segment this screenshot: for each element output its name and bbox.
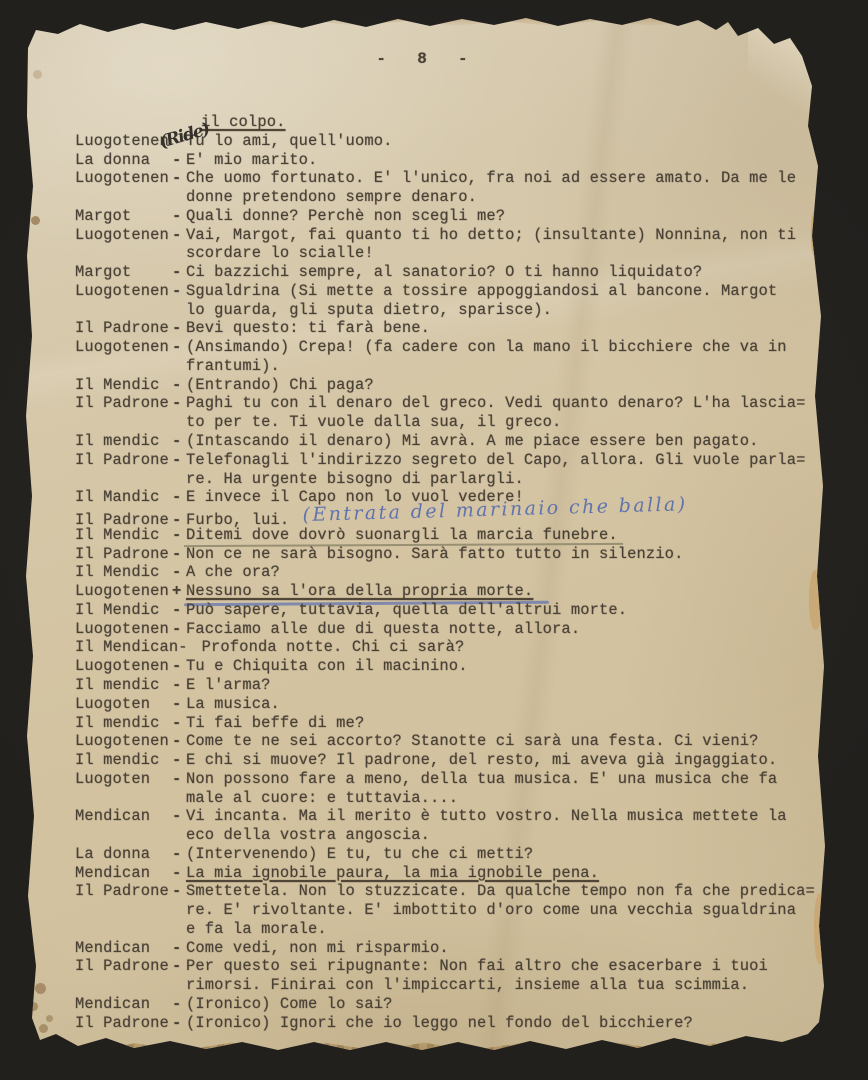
speaker-separator: - <box>172 732 186 750</box>
dialogue-text: e fa la morale. <box>186 920 327 938</box>
speaker-name: Il mendic <box>75 751 172 769</box>
script-line: donne pretendono sempre denaro. <box>75 188 816 207</box>
dialogue-text: Che uomo fortunato. E' l'unico, fra noi … <box>186 169 796 187</box>
dialogue-text: to per te. Ti vuole dalla sua, il greco. <box>186 413 561 431</box>
speaker-separator: - <box>172 545 186 563</box>
script-line: Luogotenen-Sgualdrina (Si mette a tossir… <box>75 282 816 301</box>
dialogue-text: (Intascando il denaro) Mi avrà. A me pia… <box>186 432 759 450</box>
script-body: il colpo.LuogotenenTu lo ami, quell'uomo… <box>75 113 816 1033</box>
script-line: Il Padrone-Paghi tu con il denaro del gr… <box>75 394 816 413</box>
speaker-name: Il Padrone <box>75 1014 172 1032</box>
speaker-separator: - <box>172 620 186 638</box>
speaker-name: Il mendic <box>75 432 172 450</box>
speaker-separator: - <box>172 864 186 882</box>
script-line: Mendican-Vi incanta. Ma il merito è tutt… <box>75 807 816 826</box>
speaker-separator: - <box>172 338 186 356</box>
script-line: Luogotenen-(Ansimando) Crepa! (fa cadere… <box>75 338 816 357</box>
speaker-separator: - <box>172 319 186 337</box>
speaker-name: Il mendic <box>75 714 172 732</box>
dialogue-text: Tu e Chiquita con il macinino. <box>186 657 468 675</box>
dialogue-text: Ti fai beffe di me? <box>186 714 364 732</box>
speaker-separator: - <box>172 169 186 187</box>
script-line: Il Padrone-Bevi questo: ti farà bene. <box>75 319 816 338</box>
script-line: Il mendic-E chi si muove? Il padrone, de… <box>75 751 816 770</box>
torn-edge-top <box>22 14 826 27</box>
speaker-name: Il Mandic <box>75 488 172 506</box>
speaker-name: Il Mendic <box>75 601 172 619</box>
speaker-name: Il Padrone <box>75 545 172 563</box>
speaker-separator: - <box>172 226 186 244</box>
speaker-separator: - <box>172 695 186 713</box>
torn-edge-bottom <box>22 1040 826 1062</box>
paper-stains <box>22 14 27 19</box>
speaker-separator: - <box>172 751 186 769</box>
script-line: Il Mendic-(Entrando) Chi paga? <box>75 376 816 395</box>
dialogue-text: (Ansimando) Crepa! (fa cadere con la man… <box>186 338 787 356</box>
script-line: Luogotenen-Vai, Margot, fai quanto ti ho… <box>75 226 816 245</box>
dialogue-text: Sgualdrina (Si mette a tossire appoggian… <box>186 282 777 300</box>
speaker-separator: - <box>172 432 186 450</box>
speaker-name: Il Padrone <box>75 957 172 975</box>
script-line: male al cuore: e tuttavia.... <box>75 789 816 808</box>
script-line: Il Padrone-Furbo, lui.(Entrata del marin… <box>75 507 816 526</box>
dialogue-text: Facciamo alle due di questa notte, allor… <box>186 620 580 638</box>
script-line: Mendican-(Ironico) Come lo sai? <box>75 995 816 1014</box>
script-line: Il mendic-(Intascando il denaro) Mi avrà… <box>75 432 816 451</box>
script-line: Il Mendic-A che ora? <box>75 563 816 582</box>
speaker-name: Il mendic <box>75 676 172 694</box>
script-line: frantumi). <box>75 357 816 376</box>
dialogue-text: Come vedi, non mi risparmio. <box>186 939 449 957</box>
speaker-separator: - <box>172 1014 186 1032</box>
script-line: re. Ha urgente bisogno di parlargli. <box>75 470 816 489</box>
speaker-separator: - <box>172 957 186 975</box>
speaker-name: Mendican <box>75 995 172 1013</box>
script-line: La donna-E' mio marito. <box>75 151 816 170</box>
speaker-name: La donna <box>75 845 172 863</box>
script-line: Il Mendic-Può sapere, tuttavia, quella d… <box>75 601 816 620</box>
speaker-separator: - <box>172 282 186 300</box>
script-line: Luogoten-Non possono fare a meno, della … <box>75 770 816 789</box>
dialogue-text: rimorsi. Finirai con l'impiccarti, insie… <box>186 976 749 994</box>
script-line: Luogotenen+Nessuno sa l'ora della propri… <box>75 582 816 601</box>
speaker-separator: - <box>172 394 186 412</box>
script-line: Mendican-Come vedi, non mi risparmio. <box>75 939 816 958</box>
speaker-separator: - <box>172 151 186 169</box>
script-line: Il Padrone-Per questo sei ripugnante: No… <box>75 957 816 976</box>
dialogue-text: Può sapere, tuttavia, quella dell'altrui… <box>186 601 627 619</box>
dialogue-text: scordare lo scialle! <box>186 244 374 262</box>
script-line: eco della vostra angoscia. <box>75 826 816 845</box>
script-line: Il mendic-Ti fai beffe di me? <box>75 714 816 733</box>
speaker-separator: - <box>172 657 186 675</box>
speaker-separator: + <box>172 582 186 600</box>
script-line: LuogotenenTu lo ami, quell'uomo.(Ride) <box>75 132 816 151</box>
dialogue-text: Come te ne sei accorto? Stanotte ci sarà… <box>186 732 759 750</box>
script-line: Il Padrone-Telefonagli l'indirizzo segre… <box>75 451 816 470</box>
dialogue-text: Bevi questo: ti farà bene. <box>186 319 430 337</box>
dialogue-text: Smettetela. Non lo stuzzicate. Da qualch… <box>186 882 815 900</box>
speaker-name: Luogotenen <box>75 282 172 300</box>
script-line: La donna-(Intervenendo) E tu, tu che ci … <box>75 845 816 864</box>
speaker-separator: - <box>172 263 186 281</box>
script-line: to per te. Ti vuole dalla sua, il greco. <box>75 413 816 432</box>
dialogue-text: lo guarda, gli sputa dietro, sparisce). <box>186 301 552 319</box>
script-line: re. E' rivoltante. E' imbottito d'oro co… <box>75 901 816 920</box>
dialogue-text: frantumi). <box>186 357 280 375</box>
dialogue-text: La mia ignobile paura, la mia ignobile p… <box>186 864 599 882</box>
dialogue-text: Per questo sei ripugnante: Non fai altro… <box>186 957 768 975</box>
page-number: - 8 - <box>22 50 826 68</box>
speaker-separator: - <box>172 995 186 1013</box>
speaker-separator: - <box>172 563 186 581</box>
dialogue-text: (Intervenendo) E tu, tu che ci metti? <box>186 845 533 863</box>
speaker-name: Luogotenen <box>75 169 172 187</box>
script-line: Luogotenen-Come te ne sei accorto? Stano… <box>75 732 816 751</box>
script-line: Il Mendican-Profonda notte. Chi ci sarà? <box>75 638 816 657</box>
speaker-separator: - <box>172 807 186 825</box>
script-line: scordare lo scialle! <box>75 244 816 263</box>
speaker-name: Il Mendican- <box>75 638 188 656</box>
speaker-name: Luogotenen <box>75 620 172 638</box>
dialogue-text: Non possono fare a meno, della tua music… <box>186 770 777 788</box>
scan-background: - 8 - il colpo.LuogotenenTu lo ami, quel… <box>0 0 868 1080</box>
dialogue-text: (Ironico) Ignori che io leggo nel fondo … <box>186 1014 693 1032</box>
speaker-name: Il Mendic <box>75 376 172 394</box>
dialogue-text: La musica. <box>186 695 280 713</box>
speaker-separator: - <box>172 488 186 506</box>
speaker-separator: - <box>172 714 186 732</box>
script-line: Il Padrone-Non ce ne sarà bisogno. Sarà … <box>75 545 816 564</box>
dialogue-text: Tu lo ami, quell'uomo. <box>186 132 393 150</box>
script-line: Luogoten-La musica. <box>75 695 816 714</box>
dialogue-text: eco della vostra angoscia. <box>186 826 430 844</box>
speaker-name: Il Padrone <box>75 451 172 469</box>
speaker-name: Luogoten <box>75 695 172 713</box>
speaker-separator: - <box>172 451 186 469</box>
dialogue-text: (Entrando) Chi paga? <box>186 376 374 394</box>
script-line: e fa la morale. <box>75 920 816 939</box>
speaker-name: La donna <box>75 151 172 169</box>
dialogue-text: re. Ha urgente bisogno di parlargli. <box>186 470 524 488</box>
speaker-name: Luogotenen <box>75 732 172 750</box>
speaker-name: Il Padrone <box>75 319 172 337</box>
script-line: Il Padrone-Smettetela. Non lo stuzzicate… <box>75 882 816 901</box>
speaker-name: Luogotenen <box>75 657 172 675</box>
speaker-name: Mendican <box>75 939 172 957</box>
dialogue-text: Nessuno sa l'ora della propria morte. <box>186 582 533 600</box>
dialogue-text: E' mio marito. <box>186 151 317 169</box>
dialogue-text: Telefonagli l'indirizzo segreto del Capo… <box>186 451 805 469</box>
dialogue-text: E chi si muove? Il padrone, del resto, m… <box>186 751 777 769</box>
dialogue-text: (Ironico) Come lo sai? <box>186 995 393 1013</box>
speaker-separator: - <box>172 770 186 788</box>
speaker-separator: - <box>172 601 186 619</box>
dialogue-text: male al cuore: e tuttavia.... <box>186 789 458 807</box>
dialogue-text: Non ce ne sarà bisogno. Sarà fatto tutto… <box>186 545 683 563</box>
dialogue-text: Paghi tu con il denaro del greco. Vedi q… <box>186 394 805 412</box>
speaker-name: Il Padrone <box>75 882 172 900</box>
speaker-name: Mendican <box>75 807 172 825</box>
speaker-name: Il Mendic <box>75 563 172 581</box>
paper-page: - 8 - il colpo.LuogotenenTu lo ami, quel… <box>22 14 826 1062</box>
speaker-name: Il Mendic <box>75 526 172 544</box>
script-line: Mendican-La mia ignobile paura, la mia i… <box>75 864 816 883</box>
dialogue-text: il colpo. <box>201 113 285 131</box>
speaker-name: Margot <box>75 263 172 281</box>
speaker-name: Mendican <box>75 864 172 882</box>
torn-tatter <box>816 134 825 164</box>
speaker-name: Margot <box>75 207 172 225</box>
dialogue-text: Ditemi dove dovrò suonargli la marcia fu… <box>186 526 618 544</box>
dialogue-text: Vi incanta. Ma il merito è tutto vostro.… <box>186 807 787 825</box>
script-line: Luogotenen-Tu e Chiquita con il macinino… <box>75 657 816 676</box>
dialogue-text: Vai, Margot, fai quanto ti ho detto; (in… <box>186 226 796 244</box>
dialogue-text: A che ora? <box>186 563 280 581</box>
script-line: Il Mendic-Ditemi dove dovrò suonargli la… <box>75 526 816 545</box>
script-line: Il Padrone-(Ironico) Ignori che io leggo… <box>75 1014 816 1033</box>
script-line: Margot-Quali donne? Perchè non scegli me… <box>75 207 816 226</box>
script-line: Margot-Ci bazzichi sempre, al sanatorio?… <box>75 263 816 282</box>
script-line: rimorsi. Finirai con l'impiccarti, insie… <box>75 976 816 995</box>
script-line: lo guarda, gli sputa dietro, sparisce). <box>75 301 816 320</box>
dialogue-text: Profonda notte. Chi ci sarà? <box>202 638 465 656</box>
speaker-separator: - <box>172 882 186 900</box>
speaker-separator: - <box>172 376 186 394</box>
speaker-name: Luogoten <box>75 770 172 788</box>
speaker-separator: - <box>172 207 186 225</box>
dialogue-text: Quali donne? Perchè non scegli me? <box>186 207 505 225</box>
speaker-separator: - <box>172 676 186 694</box>
dialogue-text: re. E' rivoltante. E' imbottito d'oro co… <box>186 901 796 919</box>
dialogue-text: Ci bazzichi sempre, al sanatorio? O ti h… <box>186 263 702 281</box>
speaker-separator: - <box>172 845 186 863</box>
script-line: Luogotenen-Facciamo alle due di questa n… <box>75 620 816 639</box>
speaker-name: Luogotenen <box>75 582 172 600</box>
dialogue-text: donne pretendono sempre denaro. <box>186 188 477 206</box>
speaker-separator: - <box>172 526 186 544</box>
speaker-name: Luogotenen <box>75 226 172 244</box>
speaker-name: Il Padrone <box>75 394 172 412</box>
script-line: Il mendic-E l'arma? <box>75 676 816 695</box>
script-line: Luogotenen-Che uomo fortunato. E' l'unic… <box>75 169 816 188</box>
speaker-name: Luogotenen <box>75 338 172 356</box>
speaker-separator: - <box>172 939 186 957</box>
dialogue-text: E l'arma? <box>186 676 270 694</box>
